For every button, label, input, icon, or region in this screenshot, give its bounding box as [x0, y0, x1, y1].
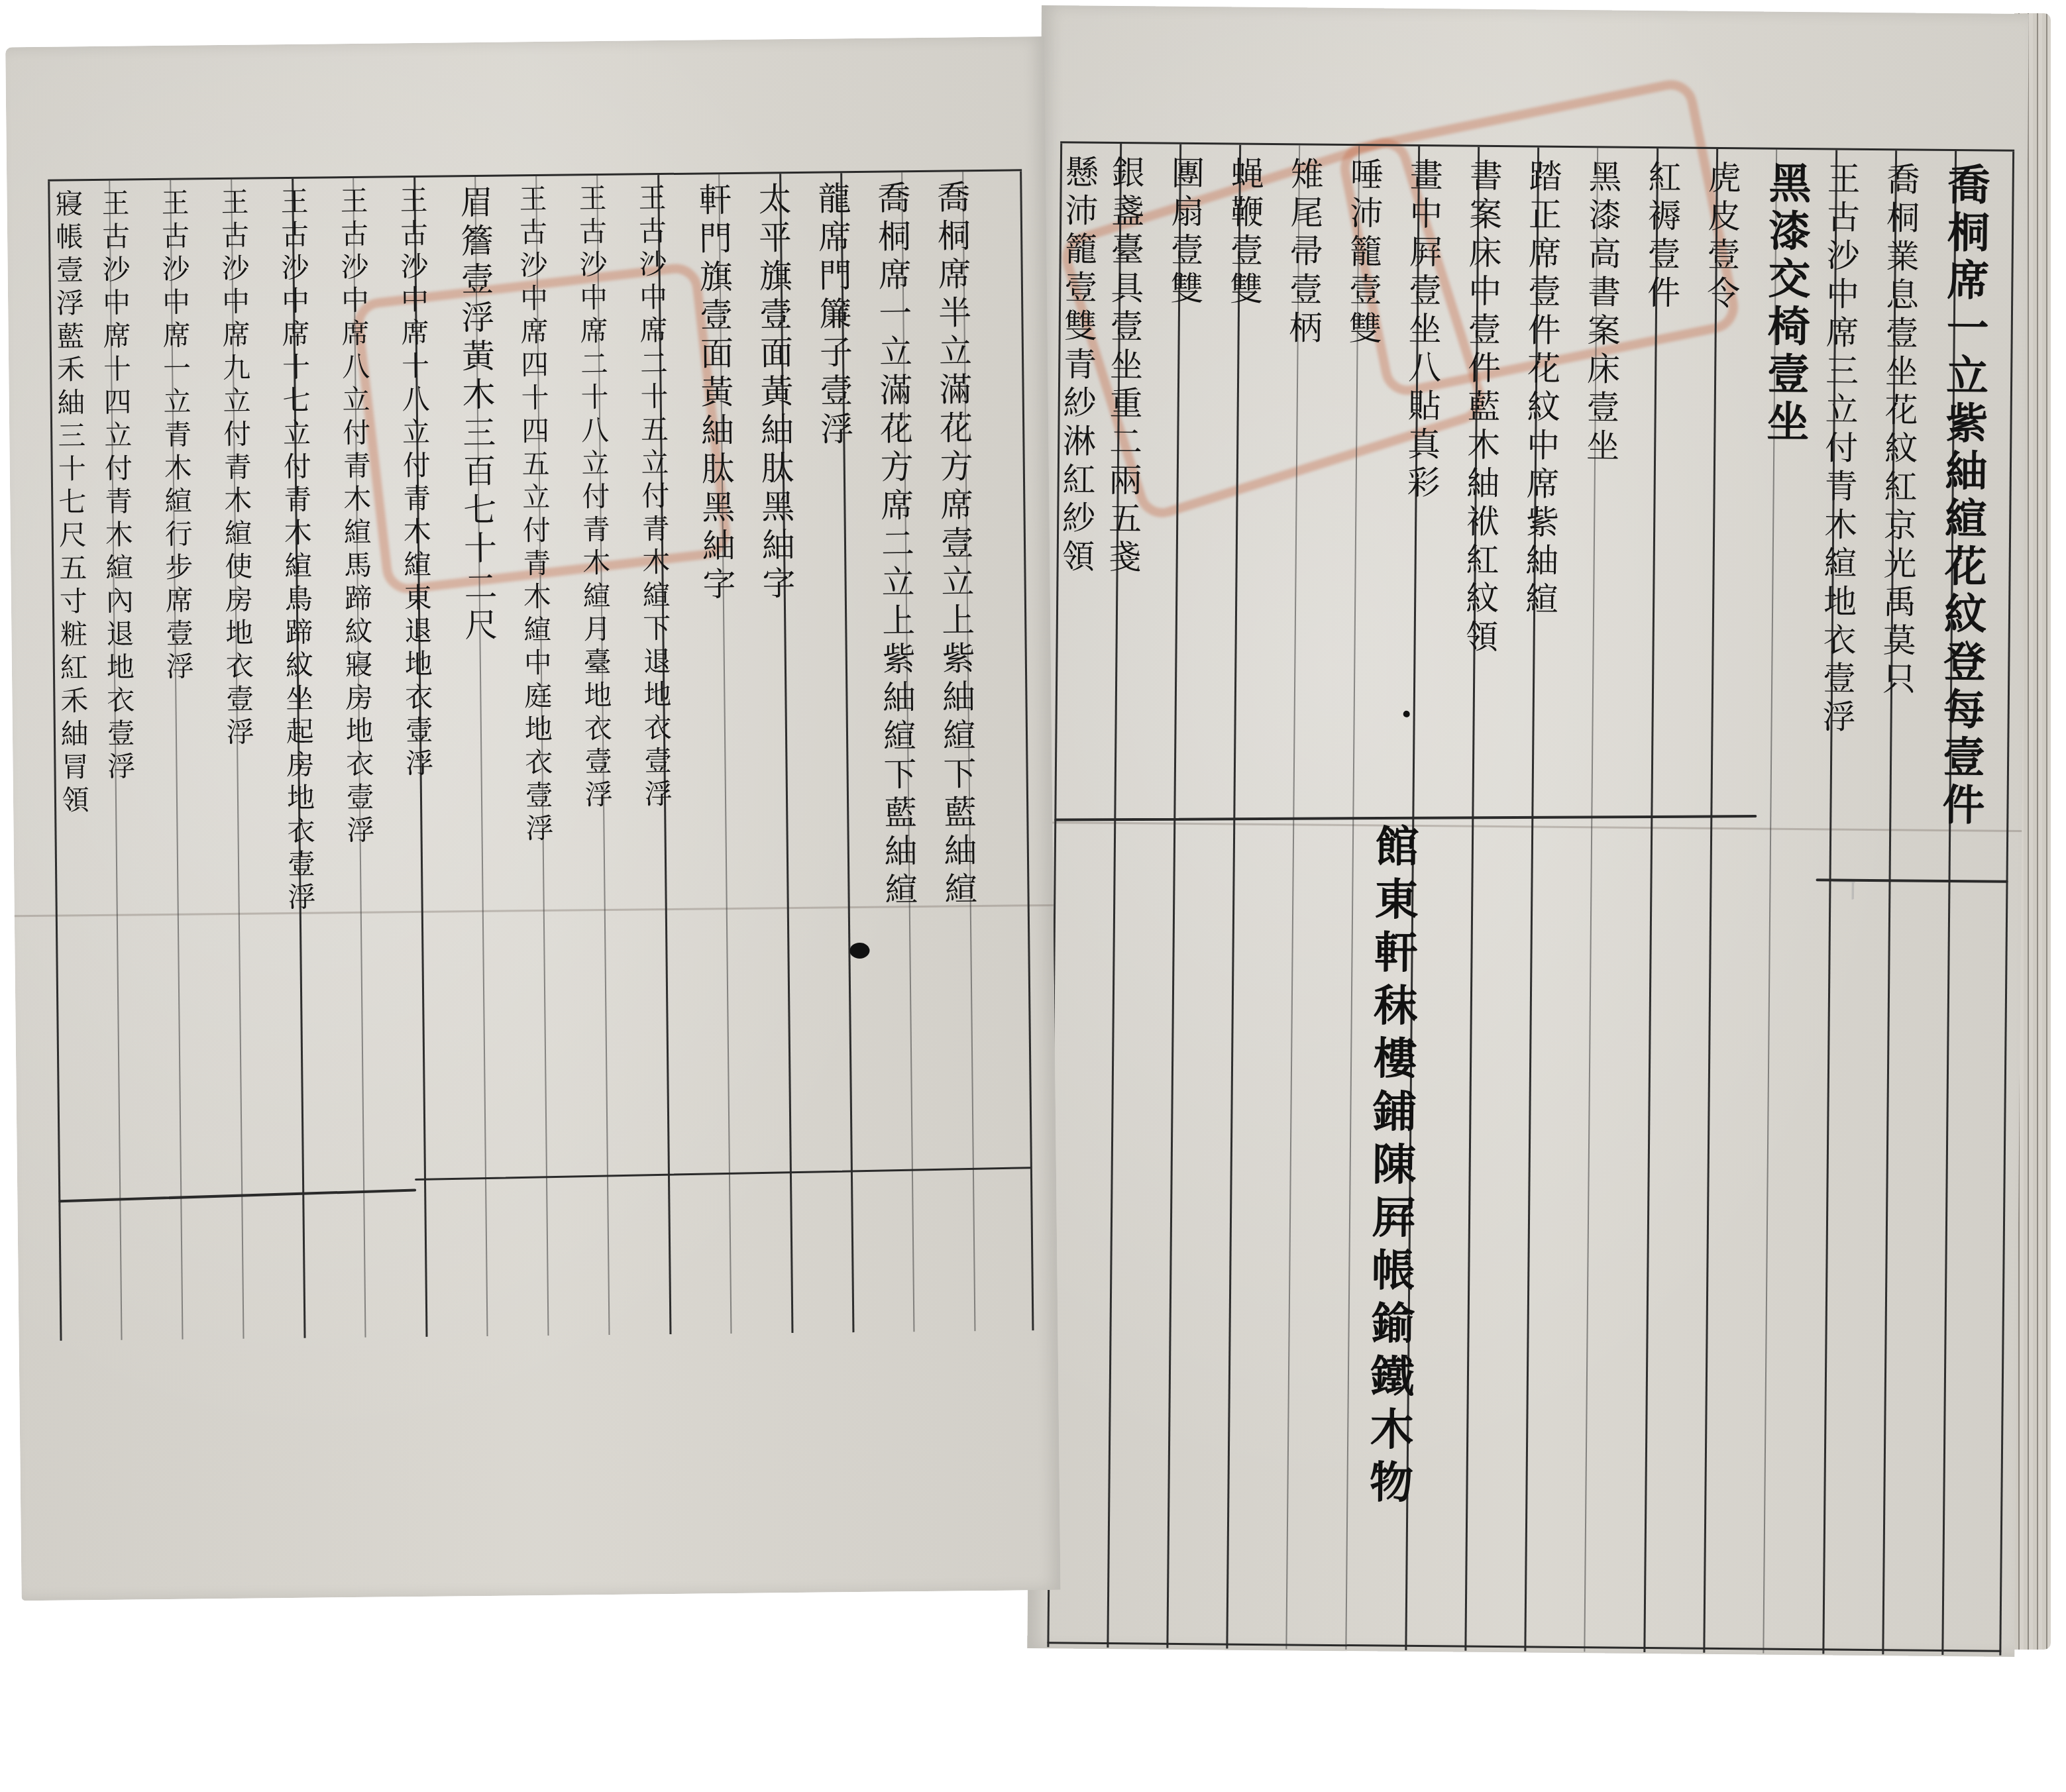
- entry-column: 喬桐席一立紫紬縇花紋登每壹件: [1938, 162, 1986, 831]
- entry-column: 王古沙中席十四立付青木縇內退地衣壹浮: [99, 189, 133, 785]
- entry-column: 喬桐業息壹坐花紋紅京光禹莫只: [1880, 162, 1918, 700]
- entry-column: 太平旗壹面黃紬肽黑紬字: [755, 182, 793, 604]
- entry-column: 龍席門簾子壹浮: [815, 181, 851, 450]
- entry-column: 虎皮壹令: [1704, 160, 1739, 314]
- entry-column: 踏正席壹件花紋中席紫紬縇: [1523, 158, 1560, 619]
- entry-column: 書案床中壹件藍木紬袱紅紋領: [1462, 158, 1500, 658]
- entry-column: 黑漆交椅壹坐: [1763, 161, 1808, 448]
- open-ledger-book: 𠃍 喬桐席一立紫紬縇花紋登每壹件: [0, 0, 2066, 1792]
- left-page: 喬桐席半立滿花方席壹立上紫紬縇下藍紬縇 喬桐席一立滿花方席二立上紫紬縇下藍紬縇 …: [5, 36, 1060, 1601]
- entry-column: 王古沙中席四十四五立付青木縇中庭地衣壹浮: [517, 184, 551, 847]
- entry-column: 眉簷壹浮黃木三百七十二尺: [457, 185, 495, 646]
- entry-column: 王古沙中席十八立付青木縇東退地衣壹浮: [398, 185, 431, 782]
- entry-column: 王古沙中席八立付青木縇馬蹄紋寢房地衣壹浮: [338, 186, 372, 849]
- entry-column: 王古沙中席十七立付青木縇鳥蹄紋坐起房地衣壹浮: [278, 187, 314, 916]
- entry-column: 蝇鞭壹雙: [1227, 156, 1262, 309]
- entry-column: 喬桐席一立滿花方席二立上紫紬縇下藍紬縇: [875, 180, 916, 910]
- entry-column: 寢帳壹浮藍禾紬三十七尺五寸粧紅禾紬冐領: [53, 189, 87, 818]
- entry-column: 王古沙中席九立付青木縇使房地衣壹浮: [219, 187, 252, 751]
- entry-column: 畫中屛壹坐八貼真彩: [1404, 158, 1441, 503]
- entry-column: 銀盞臺具壹坐重二兩五戔: [1105, 155, 1142, 578]
- entry-column: 王古沙中席一立青木縇行步席壹浮: [159, 188, 192, 685]
- entry-column: 唾沛籠壹雙: [1346, 157, 1381, 349]
- entry-column: 懸沛籠壹雙青紗淋紅紗領: [1059, 154, 1096, 577]
- entry-column: 雉尾帚壹柄: [1286, 156, 1321, 348]
- entry-column: 紅褥壹件: [1645, 160, 1679, 313]
- bleed-through-text: [351, 83, 401, 166]
- section-heading: 館東軒秣樓鋪陳屛帳鍮鐵木物: [1356, 823, 1425, 1512]
- entry-column: 王古沙中席二十八立付青木縇月臺地衣壹浮: [576, 184, 611, 813]
- ink-dot: [1403, 711, 1410, 717]
- entry-column: 黑漆高書案床壹坐: [1584, 159, 1619, 466]
- entry-column: 團扇壹雙: [1168, 156, 1202, 309]
- entry-column: 軒門旗壹面黃紬肽黑紬字: [696, 182, 734, 605]
- entry-column: 王古沙中席二十五立付青木縇下退地衣壹浮: [636, 183, 671, 812]
- right-page: 𠃍 喬桐席一立紫紬縇花紋登每壹件: [1027, 5, 2029, 1657]
- entry-column: 喬桐席半立滿花方席壹立上紫紬縇下藍紬縇: [934, 180, 975, 910]
- entry-column: 王古沙中席三立付青木縇地衣壹浮: [1820, 161, 1858, 737]
